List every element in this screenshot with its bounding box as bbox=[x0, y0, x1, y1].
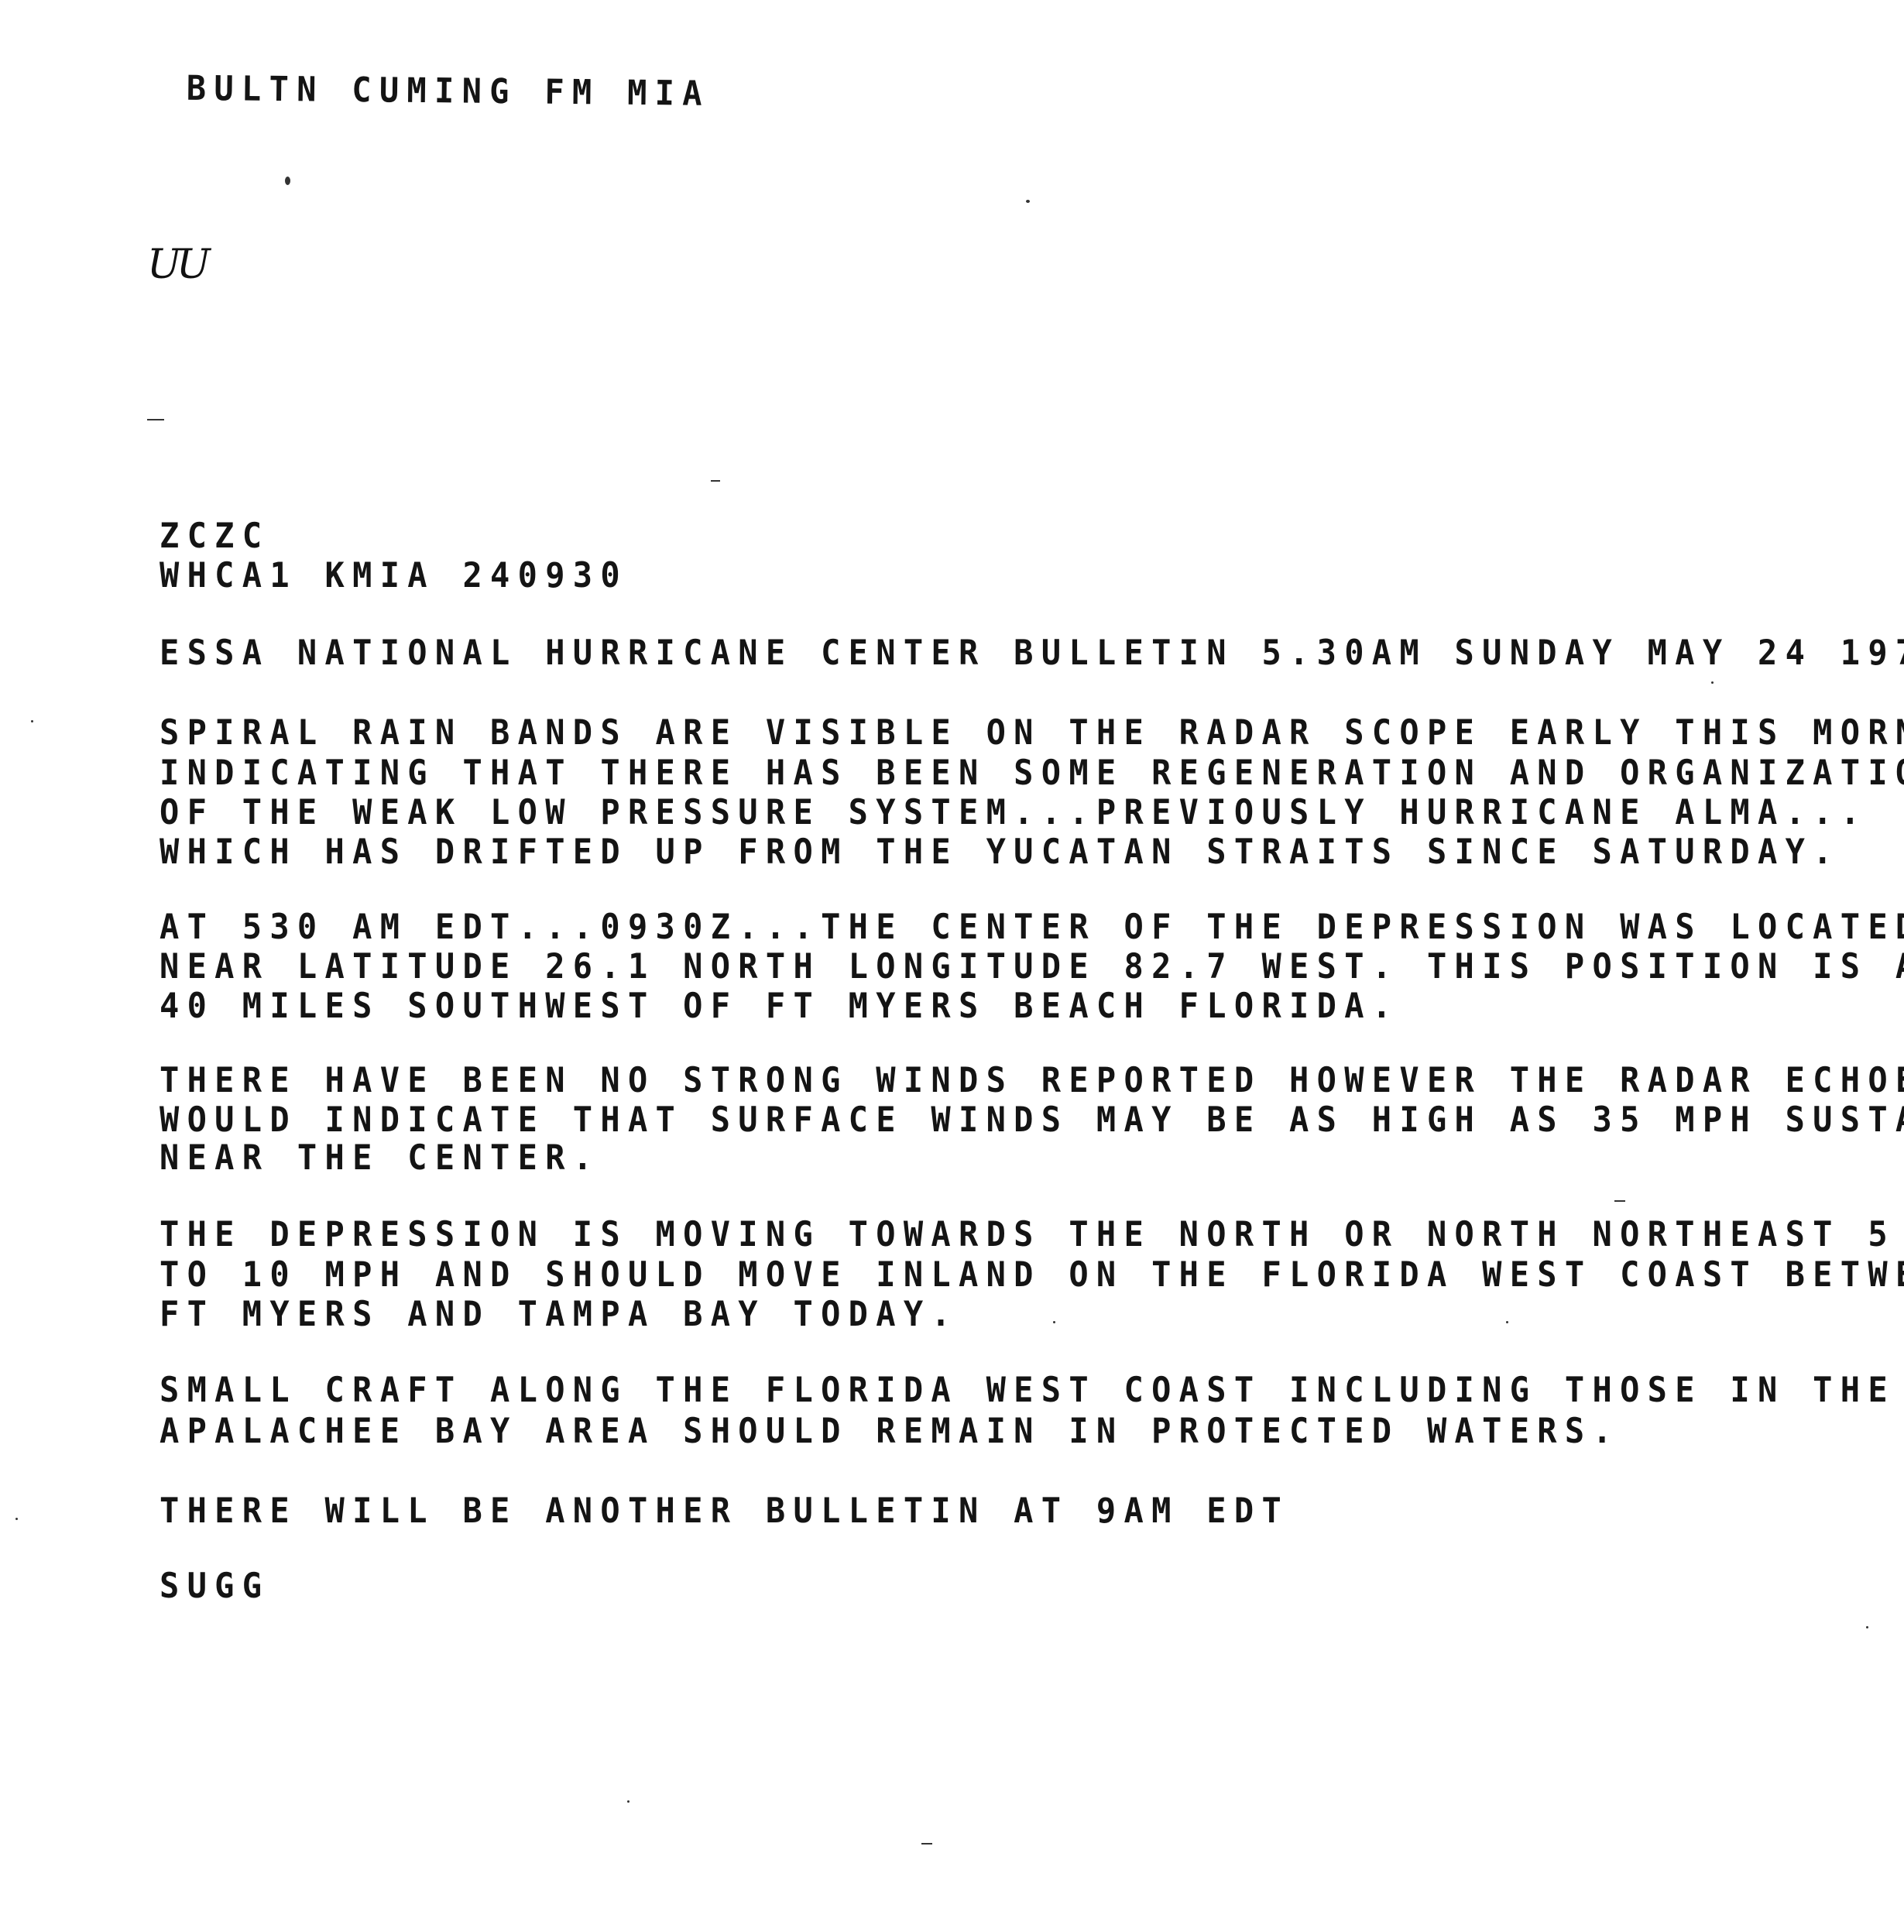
paragraph-line: OF THE WEAK LOW PRESSURE SYSTEM...PREVIO… bbox=[160, 795, 1868, 829]
signature: SUGG bbox=[160, 1569, 269, 1603]
paragraph-line: NEAR THE CENTER. bbox=[160, 1141, 600, 1175]
ink-speck bbox=[627, 1800, 630, 1803]
ink-speck bbox=[921, 1843, 932, 1844]
ink-speck bbox=[1711, 681, 1714, 684]
ink-speck bbox=[31, 720, 33, 722]
paragraph-line: SMALL CRAFT ALONG THE FLORIDA WEST COAST… bbox=[160, 1373, 1895, 1407]
paragraph-line: THE DEPRESSION IS MOVING TOWARDS THE NOR… bbox=[160, 1217, 1895, 1251]
paragraph-line: INDICATING THAT THERE HAS BEEN SOME REGE… bbox=[160, 756, 1904, 790]
paragraph-line: 40 MILES SOUTHWEST OF FT MYERS BEACH FLO… bbox=[160, 989, 1399, 1023]
paragraph-line: SPIRAL RAIN BANDS ARE VISIBLE ON THE RAD… bbox=[160, 715, 1904, 750]
routing-start-code: ZCZC bbox=[160, 519, 269, 553]
paragraph-line: WOULD INDICATE THAT SURFACE WINDS MAY BE… bbox=[160, 1103, 1904, 1137]
paragraph-line: APALACHEE BAY AREA SHOULD REMAIN IN PROT… bbox=[160, 1414, 1620, 1448]
paragraph-line: THERE WILL BE ANOTHER BULLETIN AT 9AM ED… bbox=[160, 1494, 1289, 1528]
ink-speck bbox=[1053, 1321, 1055, 1323]
paragraph-line: AT 530 AM EDT...0930Z...THE CENTER OF TH… bbox=[160, 910, 1904, 944]
ink-speck bbox=[147, 419, 164, 420]
ink-speck bbox=[1506, 1321, 1508, 1323]
paragraph-line: THERE HAVE BEEN NO STRONG WINDS REPORTED… bbox=[160, 1063, 1904, 1097]
paragraph-line: FT MYERS AND TAMPA BAY TODAY. bbox=[160, 1297, 959, 1331]
ink-speck bbox=[711, 480, 720, 482]
paragraph-line: TO 10 MPH AND SHOULD MOVE INLAND ON THE … bbox=[160, 1258, 1904, 1292]
paragraph-line: WHICH HAS DRIFTED UP FROM THE YUCATAN ST… bbox=[160, 835, 1841, 869]
ink-speck bbox=[15, 1518, 18, 1520]
bulletin-title: ESSA NATIONAL HURRICANE CENTER BULLETIN … bbox=[160, 636, 1904, 670]
ink-speck bbox=[1026, 200, 1030, 203]
ink-speck bbox=[1866, 1626, 1868, 1628]
teletype-page: BULTN CUMING FM MIA UU ZCZC WHCA1 KMIA 2… bbox=[0, 0, 1904, 1932]
handwritten-mark: UU bbox=[147, 245, 206, 285]
ink-speck bbox=[285, 177, 290, 185]
paragraph-line: NEAR LATITUDE 26.1 NORTH LONGITUDE 82.7 … bbox=[160, 949, 1904, 983]
ink-speck bbox=[1614, 1200, 1625, 1202]
header-note: BULTN CUMING FM MIA bbox=[187, 71, 711, 111]
routing-header-line: WHCA1 KMIA 240930 bbox=[160, 558, 628, 592]
